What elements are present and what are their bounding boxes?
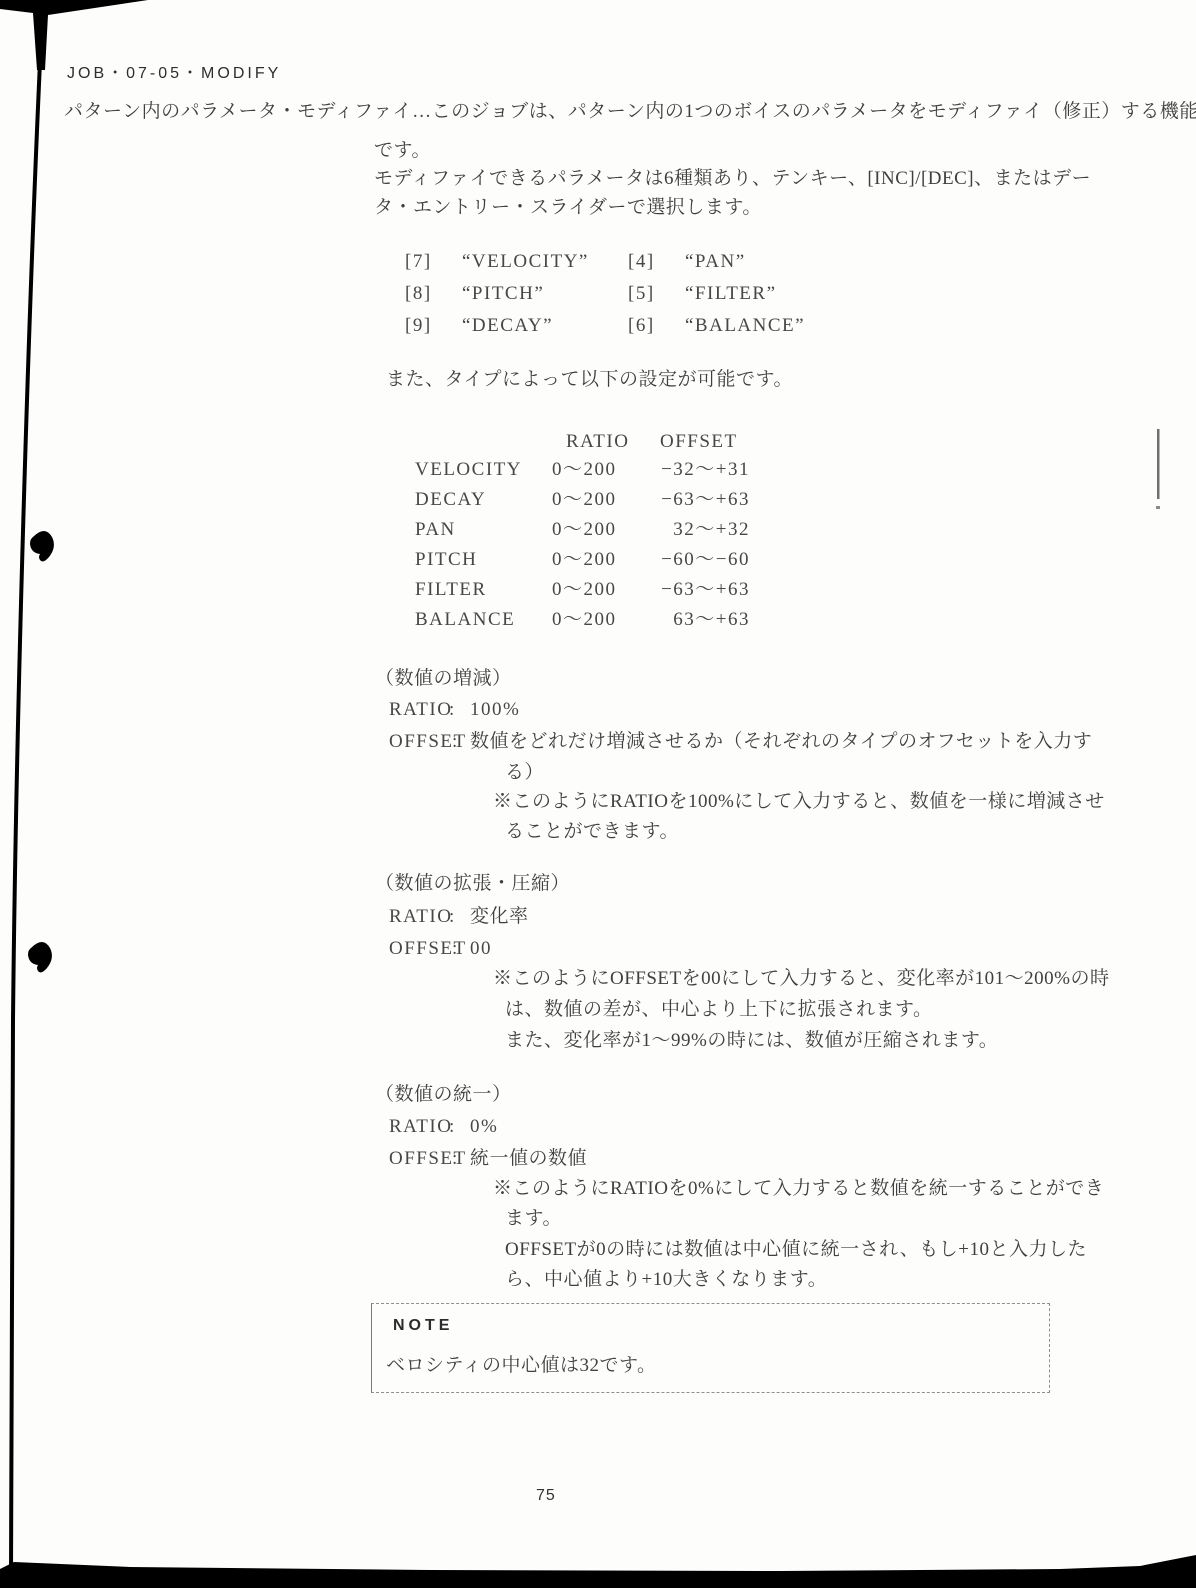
intro-line-3: モディファイできるパラメータは6種類あり、テンキー、[INC]/[DEC]、また… xyxy=(374,167,1091,191)
table-cell-name: PITCH xyxy=(415,548,477,572)
param-key: [8] xyxy=(405,282,432,306)
table-row: VELOCITY 0～200 −32～+31 xyxy=(0,458,1196,484)
offset-value: 数値をどれだけ増減させるか（それぞれのタイプのオフセットを入力す xyxy=(470,730,1092,754)
table-row: DECAY 0～200 −63～+63 xyxy=(0,488,1196,514)
section-heading: （数値の統一） xyxy=(375,1083,512,1107)
table-cell-ratio: 0～200 xyxy=(552,488,617,512)
table-cell-offset: −63～+63 xyxy=(638,488,750,512)
param-list-row: [9] “DECAY” [6] “BALANCE” xyxy=(0,314,1196,340)
table-cell-name: FILTER xyxy=(415,578,487,602)
section-note: ※このようにRATIOを100%にして入力すると、数値を一様に増減させ xyxy=(493,790,1105,814)
table-cell-name: VELOCITY xyxy=(415,458,522,482)
section-note: ※このようにRATIOを0%にして入力すると数値を統一することができ xyxy=(493,1177,1104,1201)
table-cell-offset: −60～−60 xyxy=(638,548,750,572)
section-note: OFFSETが0の時には数値は中心値に統一され、もし+10と入力した xyxy=(505,1238,1087,1262)
ratio-label: RATIO xyxy=(389,905,452,929)
table-cell-offset: −32～+31 xyxy=(638,458,750,482)
param-name: “PITCH” xyxy=(462,282,544,306)
table-cell-name: DECAY xyxy=(415,488,486,512)
intro-line-4: タ・エントリー・スライダーで選択します。 xyxy=(374,196,762,220)
ratio-row: RATIO : 0% xyxy=(0,1115,1196,1141)
offset-row: OFFSET : 数値をどれだけ増減させるか（それぞれのタイプのオフセットを入力… xyxy=(0,730,1196,756)
colon: : xyxy=(452,1147,459,1171)
param-key: [6] xyxy=(628,314,655,338)
param-list-row: [7] “VELOCITY” [4] “PAN” xyxy=(0,250,1196,276)
intro-line-1: パターン内のパラメータ・モディファイ…このジョブは、パターン内の1つのボイスのパ… xyxy=(64,100,1196,124)
param-name: “VELOCITY” xyxy=(462,250,589,274)
manual-page: JOB・07-05・MODIFY パターン内のパラメータ・モディファイ…このジョ… xyxy=(0,0,1196,1588)
offset-value: 統一値の数値 xyxy=(470,1147,587,1171)
table-row: PITCH 0～200 −60～−60 xyxy=(0,548,1196,574)
section-note: ることができます。 xyxy=(505,820,679,844)
offset-value-cont: る） xyxy=(505,761,544,785)
table-row: BALANCE 0～200 63～+63 xyxy=(0,608,1196,634)
colon: : xyxy=(452,730,459,754)
param-name: “PAN” xyxy=(685,250,746,274)
section-heading: （数値の増減） xyxy=(375,667,512,691)
section-heading: （数値の拡張・圧縮） xyxy=(375,872,570,896)
table-cell-ratio: 0～200 xyxy=(552,518,617,542)
table-cell-name: BALANCE xyxy=(415,608,515,632)
section-note: ら、中心値より+10大きくなります。 xyxy=(505,1268,827,1292)
settings-note: また、タイプによって以下の設定が可能です。 xyxy=(386,368,793,392)
ratio-label: RATIO xyxy=(389,698,452,722)
ratio-row: RATIO : 100% xyxy=(0,698,1196,724)
colon: : xyxy=(449,1115,456,1139)
param-key: [9] xyxy=(405,314,432,338)
page-number: 75 xyxy=(536,1487,556,1505)
ratio-row: RATIO : 変化率 xyxy=(0,905,1196,931)
table-header-ratio: RATIO xyxy=(566,430,629,454)
table-cell-offset: −63～+63 xyxy=(638,578,750,602)
ratio-label: RATIO xyxy=(389,1115,452,1139)
table-cell-ratio: 0～200 xyxy=(552,608,617,632)
param-key: [4] xyxy=(628,250,655,274)
note-box-body: ベロシティの中心値は32です。 xyxy=(386,1350,656,1377)
ink-bar-bottom xyxy=(0,1555,1196,1588)
offset-row: OFFSET : 00 xyxy=(0,937,1196,963)
section-note: は、数値の差が、中心より上下に拡張されます。 xyxy=(505,998,932,1022)
note-box: NOTE ベロシティの中心値は32です。 xyxy=(371,1303,1050,1393)
intro-line-2: です。 xyxy=(374,139,431,163)
table-header-offset: OFFSET xyxy=(660,430,738,454)
ratio-value: 変化率 xyxy=(470,905,529,929)
param-key: [7] xyxy=(405,250,432,274)
colon: : xyxy=(452,937,459,961)
offset-row: OFFSET : 統一値の数値 xyxy=(0,1147,1196,1173)
colon: : xyxy=(449,905,456,929)
param-name: “DECAY” xyxy=(462,314,553,338)
colon: : xyxy=(449,698,456,722)
table-cell-offset: 32～+32 xyxy=(638,518,750,542)
section-note: ます。 xyxy=(505,1207,562,1231)
table-cell-offset: 63～+63 xyxy=(638,608,750,632)
table-cell-ratio: 0～200 xyxy=(552,578,617,602)
note-box-title: NOTE xyxy=(393,1317,453,1335)
param-name: “BALANCE” xyxy=(685,314,805,338)
param-name: “FILTER” xyxy=(685,282,777,306)
table-row: FILTER 0～200 −63～+63 xyxy=(0,578,1196,604)
param-key: [5] xyxy=(628,282,655,306)
ratio-value: 0% xyxy=(470,1115,498,1139)
ratio-value: 100% xyxy=(470,698,520,722)
table-cell-ratio: 0～200 xyxy=(552,548,617,572)
section-note: また、変化率が1～99%の時には、数値が圧縮されます。 xyxy=(505,1029,998,1053)
offset-value: 00 xyxy=(470,937,492,961)
table-row: PAN 0～200 32～+32 xyxy=(0,518,1196,544)
param-list-row: [8] “PITCH” [5] “FILTER” xyxy=(0,282,1196,308)
section-note: ※このようにOFFSETを00にして入力すると、変化率が101～200%の時 xyxy=(493,967,1109,991)
job-title: JOB・07-05・MODIFY xyxy=(67,60,281,83)
table-cell-ratio: 0～200 xyxy=(552,458,617,482)
table-cell-name: PAN xyxy=(415,518,456,542)
